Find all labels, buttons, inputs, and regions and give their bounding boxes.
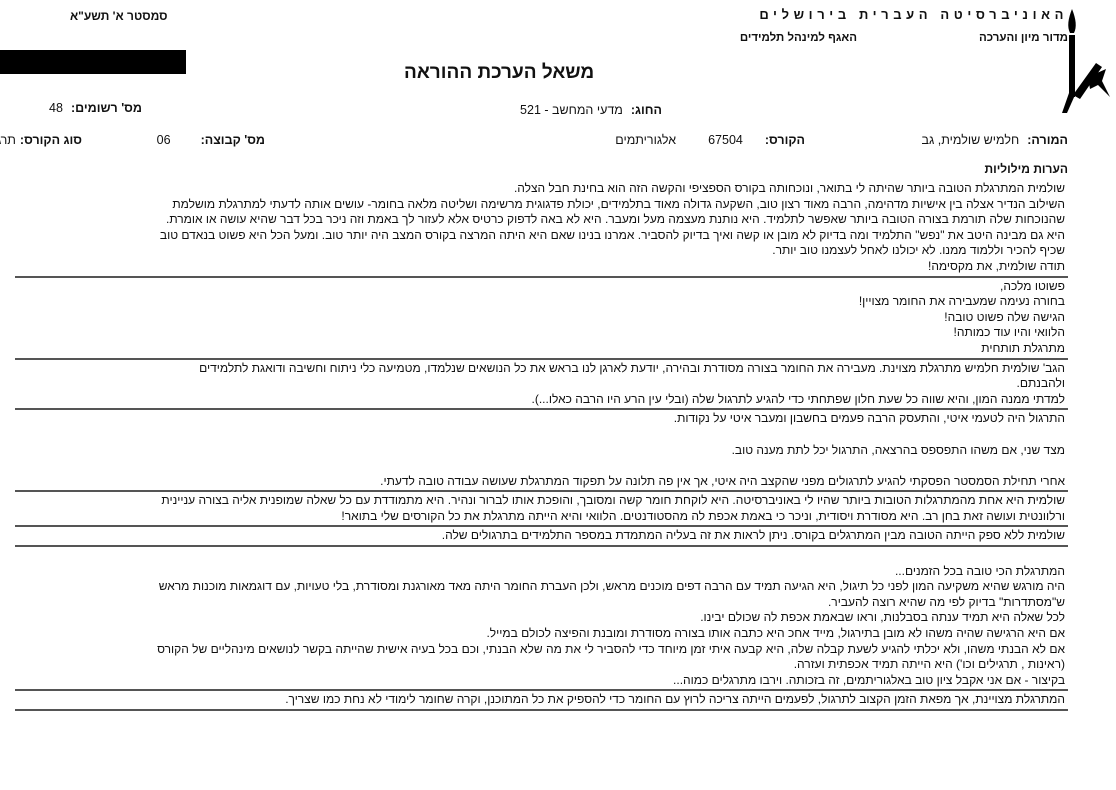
comment-line <box>15 548 1065 564</box>
comment-line: שולמית היא אחת מהמתרגלות הטובות ביותר שה… <box>15 493 1065 509</box>
teacher-value: חלמיש שולמית, גב <box>922 133 1020 147</box>
comment-line <box>15 458 1065 474</box>
comment-line: אם היא הרגישה שהיה משהו לא מובן בתירגול,… <box>15 626 1065 642</box>
course-type-label: סוג הקורס: <box>20 133 82 147</box>
comment-line: תודה שולמית, את מקסימה! <box>15 259 1065 275</box>
comment-line: ורלוונטית ועושה זאת בחן רב. היא מסודרת ו… <box>15 509 1065 525</box>
comment-line: היה מורגש שהיא משקיעה המון לפני כל תיגול… <box>15 579 1065 595</box>
hebrew-university-logo-icon <box>1058 5 1114 117</box>
page-title: משאל הערכת ההוראה <box>404 62 594 84</box>
department-student-admin: האגף למינהל תלמידים <box>740 32 857 44</box>
comment-line: המתרגלת הכי טובה בכל הזמנים... <box>15 564 1065 580</box>
comment-entry: פשוטו מלכה,בחורה נעימה שמעבירה את החומר … <box>15 278 1068 360</box>
comment-line: השילוב הנדיר אצלה בין אישיות מדהימה, הרב… <box>15 197 1065 213</box>
course-number: 67504 <box>708 133 743 147</box>
group-value: 06 <box>157 133 171 147</box>
course-type-value: תרג <box>0 133 16 147</box>
comment-line <box>15 427 1065 443</box>
department-evaluation-unit: מדור מיון והערכה <box>979 32 1068 44</box>
department-label: החוג: <box>631 103 662 117</box>
comment-line: שולמית ללא ספק הייתה הטובה מבין המתרגלים… <box>15 528 1065 544</box>
comment-entry: התרגול היה לטעמי איטי, והתעסק הרבה פעמים… <box>15 410 1068 492</box>
comment-entry: שולמית היא אחת מהמתרגלות הטובות ביותר שה… <box>15 492 1068 527</box>
comment-line: היא גם מבינה היטב את "נפש" התלמיד ומה בד… <box>15 228 1065 244</box>
comment-entry: שולמית ללא ספק הייתה הטובה מבין המתרגלים… <box>15 527 1068 547</box>
comment-line: מצד שני, אם משהו התפספס בהרצאה, התרגול י… <box>15 443 1065 459</box>
comment-line: בקיצור - אם אני אקבל ציון טוב באלגוריתמי… <box>15 673 1065 689</box>
university-name: האוניברסיטה העברית בירושלים <box>759 7 1068 22</box>
teacher-label: המורה: <box>1027 133 1068 147</box>
department-field: החוג:מדעי המחשב - 521 <box>520 103 662 117</box>
comment-entry: המתרגלת הכי טובה בכל הזמנים...היה מורגש … <box>15 547 1068 691</box>
course-name: אלגוריתמים <box>615 133 676 147</box>
comment-line: אחרי תחילת הסמסטר הפסקתי להגיע לתרגולים … <box>15 474 1065 490</box>
comment-line: בחורה נעימה שמעבירה את החומר מצויין! <box>15 294 1065 310</box>
redacted-block <box>0 50 186 74</box>
comment-line: שכיף להכיר וללמוד ממנו. לא יכולנו לאחל ל… <box>15 243 1065 259</box>
comment-line: מתרגלת תותחית <box>15 341 1065 357</box>
comment-line: שהנוכחות שלה תורמת בצורה הטובה ביותר שאפ… <box>15 212 1065 228</box>
comment-line: התרגול היה לטעמי איטי, והתעסק הרבה פעמים… <box>15 411 1065 427</box>
group-label: מס' קבוצה: <box>201 133 265 147</box>
comments-list: שולמית המתרגלת הטובה ביותר שהיתה לי בתוא… <box>15 180 1068 711</box>
comment-line: שולמית המתרגלת הטובה ביותר שהיתה לי בתוא… <box>15 181 1065 197</box>
comment-line: הלוואי והיו עוד כמותה! <box>15 325 1065 341</box>
comment-entry: הגב' שולמית חלמיש מתרגלת מצוינת. מעבירה … <box>15 360 1068 411</box>
comment-line: המתרגלת מצויינת, אך מפאת הזמן הקצוב לתרג… <box>15 692 1065 708</box>
comment-line: הגישה שלה פשוט טובה! <box>15 310 1065 326</box>
comment-line: ש"מסתדרות" בדיוק לפי מה שהיא רוצה להעביר… <box>15 595 1065 611</box>
comment-line: פשוטו מלכה, <box>15 279 1065 295</box>
comment-line: (ראינות , תרגילים וכו') היא הייתה תמיד א… <box>15 657 1065 673</box>
comment-line: ולהבנתם. <box>15 376 1065 392</box>
teacher-field: המורה:חלמיש שולמית, גב <box>922 133 1068 147</box>
comment-entry: המתרגלת מצויינת, אך מפאת הזמן הקצוב לתרג… <box>15 691 1068 711</box>
group-field: מס' קבוצה:06 <box>157 133 265 147</box>
course-type-field: סוג הקורס:תרג <box>0 133 82 147</box>
course-field: הקורס:67504אלגוריתמים <box>615 133 805 147</box>
comment-line: הגב' שולמית חלמיש מתרגלת מצוינת. מעבירה … <box>15 361 1065 377</box>
registered-label: מס' רשומים: <box>71 101 142 115</box>
registered-value: 48 <box>49 101 63 115</box>
registered-field: מס' רשומים:48 <box>49 101 142 115</box>
comment-line: למדתי ממנה המון, והיא שווה כל שעת חלון ש… <box>15 392 1065 408</box>
department-value: מדעי המחשב - 521 <box>520 103 623 117</box>
course-label: הקורס: <box>765 133 805 147</box>
comments-section-title: הערות מילוליות <box>984 162 1068 176</box>
semester-label: סמסטר א' תשע"א <box>70 9 168 23</box>
comment-line: לכל שאלה היא תמיד ענתה בסבלנות, וראו שבא… <box>15 610 1065 626</box>
comment-entry: שולמית המתרגלת הטובה ביותר שהיתה לי בתוא… <box>15 180 1068 278</box>
comment-line: אם לא הבנתי משהו, ולא יכלתי להגיע לשעת ק… <box>15 642 1065 658</box>
